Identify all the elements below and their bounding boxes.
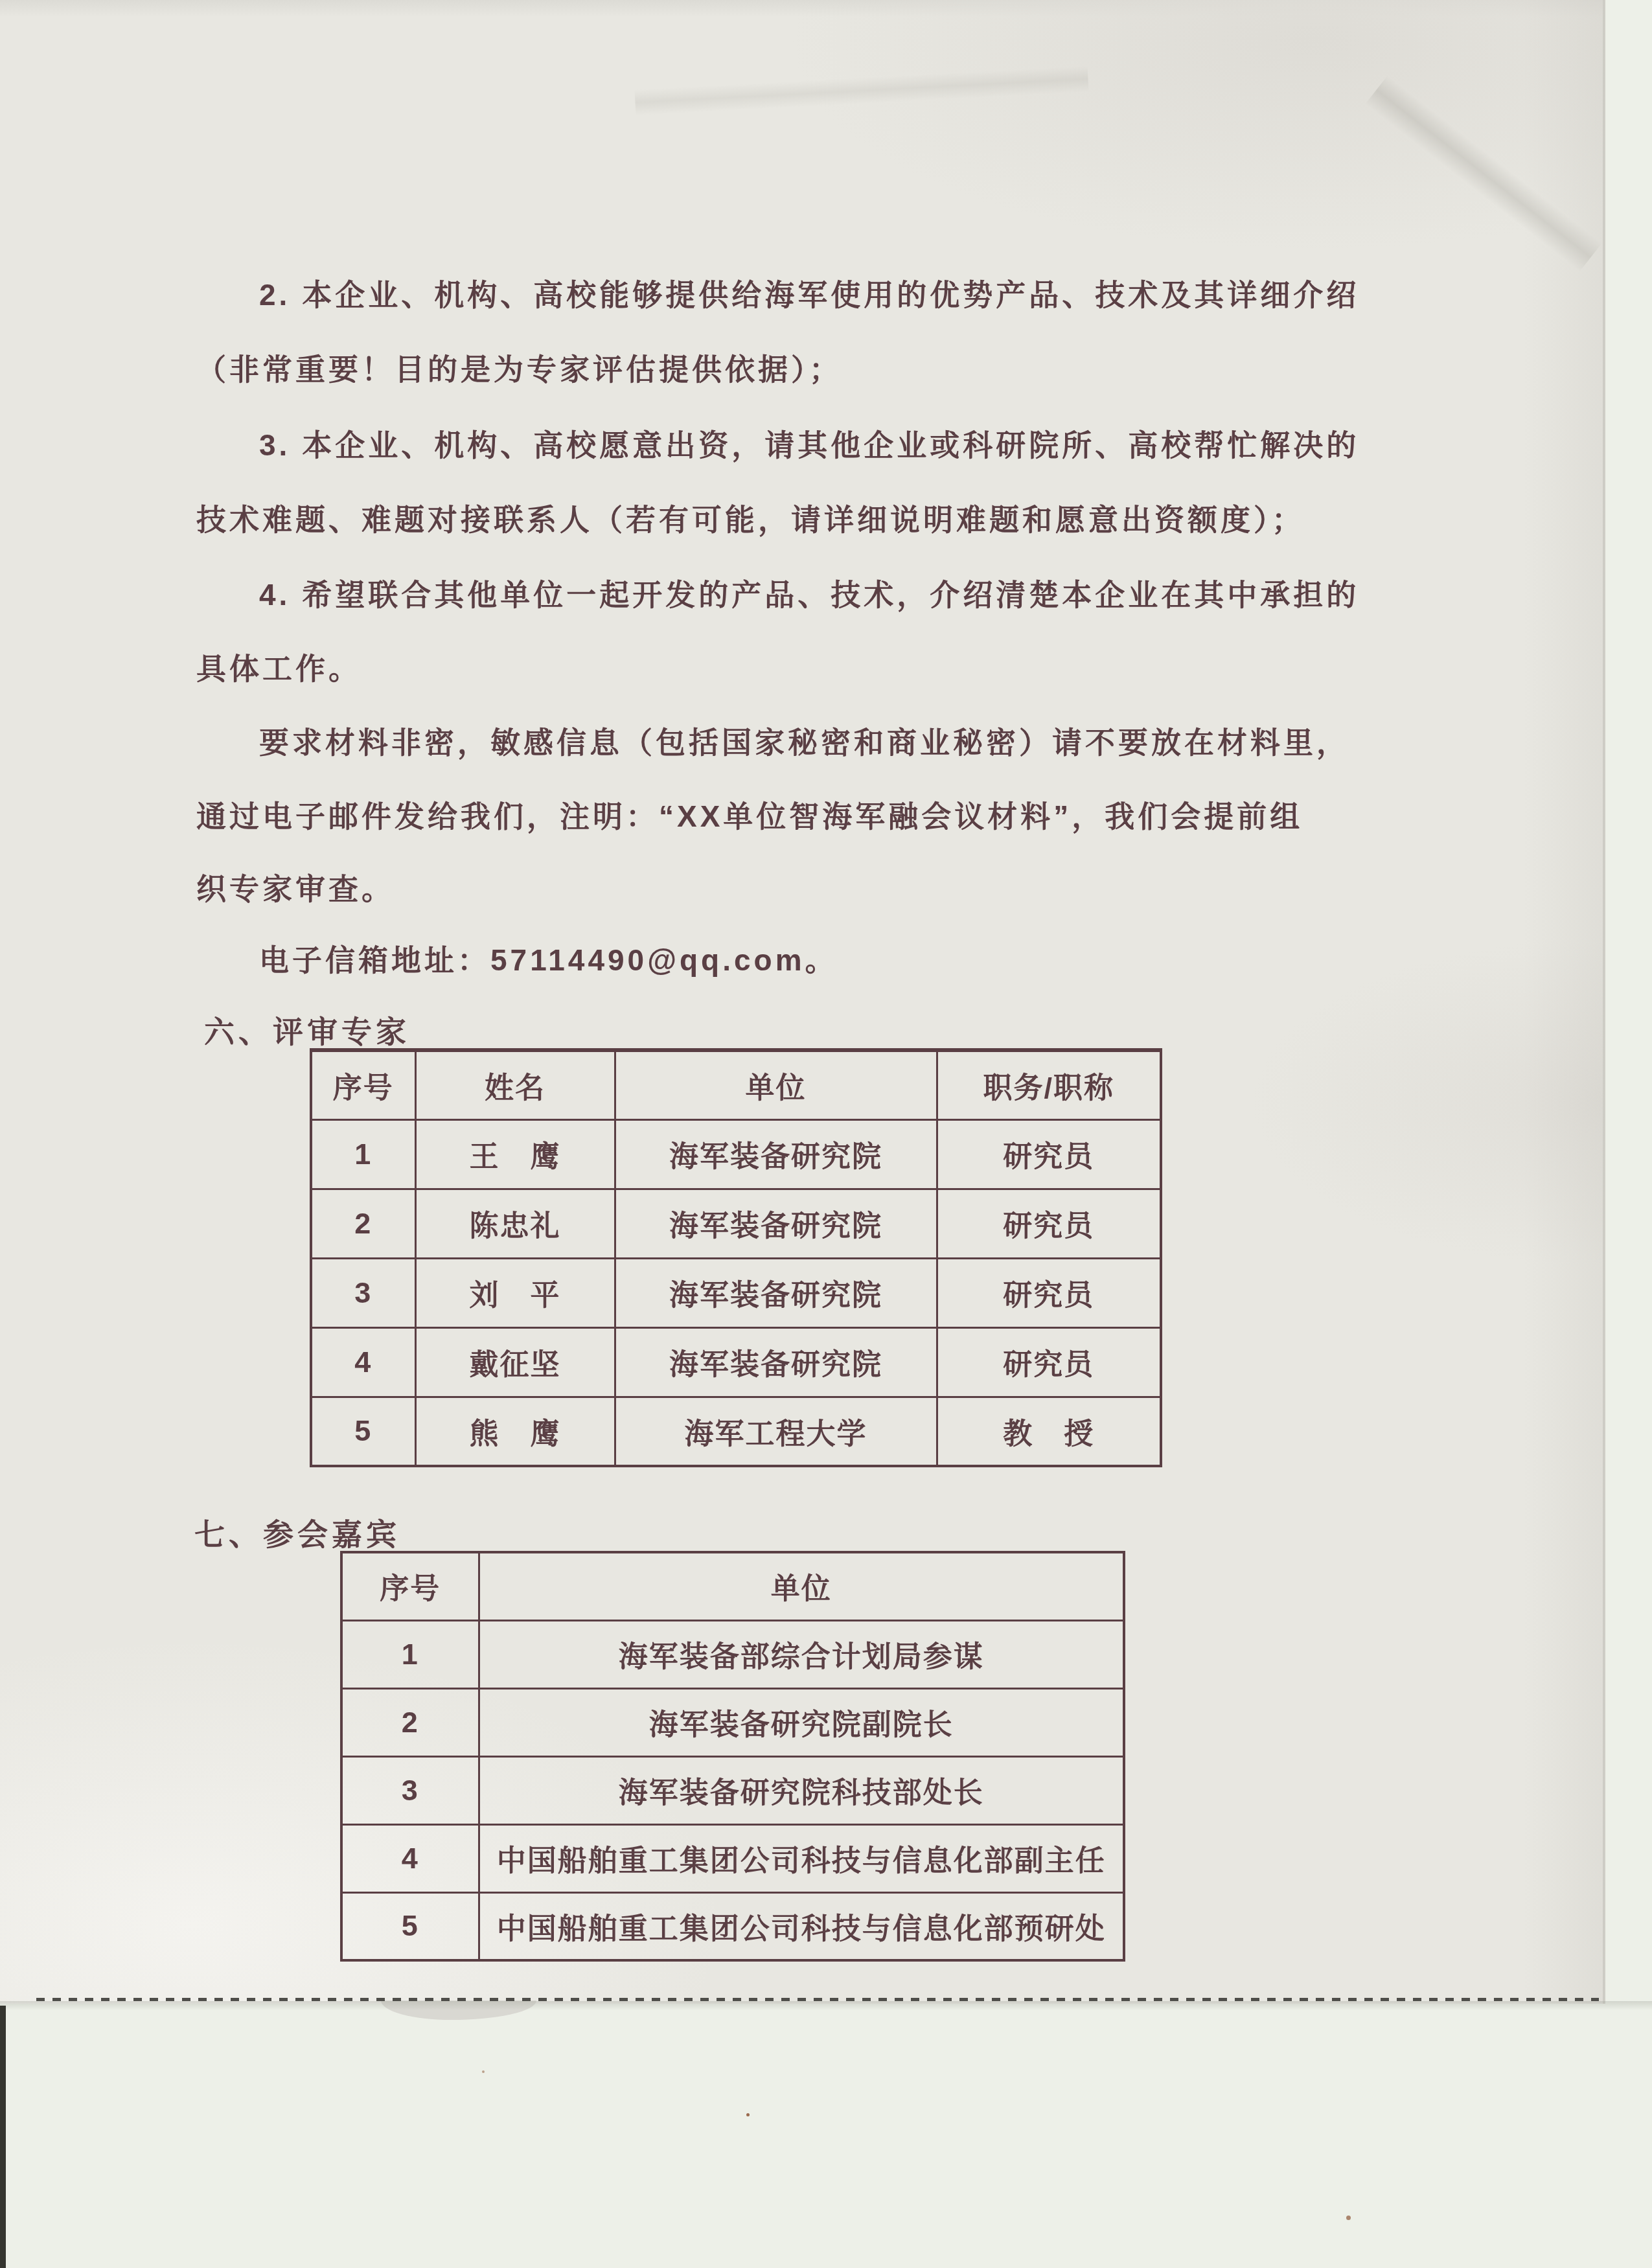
col-header: 序号 [311,1050,415,1119]
cell-unit: 海军装备研究院 [615,1189,937,1258]
body-text-line: 技术难题、难题对接联系人（若有可能，请详细说明难题和愿意出资额度）； [196,501,1305,538]
cell-unit: 中国船舶重工集团公司科技与信息化部预研处 [479,1892,1124,1960]
under-sheet-left-edge [0,2006,6,2268]
table-row: 1 王 鹰 海军装备研究院 研究员 [311,1119,1161,1189]
scanned-page: 2. 本企业、机构、高校能够提供给海军使用的优势产品、技术及其详细介绍 （非常重… [0,0,1605,2004]
cell-unit: 中国船舶重工集团公司科技与信息化部副主任 [479,1824,1124,1892]
col-header: 序号 [341,1552,479,1620]
section-heading-guests: 七、参会嘉宾 [194,1511,400,1554]
guests-table: 序号 单位 1 海军装备部综合计划局参谋 2 海军装备研究院副院长 3 海军装备… [340,1551,1125,1962]
body-text-line: 通过电子邮件发给我们，注明：“XX单位智海军融会议材料”，我们会提前组 [196,797,1303,835]
cell-index: 4 [341,1824,479,1892]
cell-unit: 海军装备研究院科技部处长 [479,1756,1124,1824]
cell-index: 1 [341,1620,479,1688]
paper-crease [634,66,1088,116]
cell-title: 研究员 [937,1189,1161,1258]
body-text-line: 2. 本企业、机构、高校能够提供给海军使用的优势产品、技术及其详细介绍 [259,276,1359,314]
paper-crease [1522,0,1604,2004]
cell-unit: 海军工程大学 [615,1397,937,1466]
cell-title: 教 授 [937,1397,1161,1466]
paper-speck [746,2113,750,2116]
cell-name: 戴征坚 [415,1327,615,1397]
table-header-row: 序号 单位 [341,1552,1124,1620]
cell-title: 研究员 [937,1327,1161,1397]
perforation-dashed-line [36,1998,1599,2001]
cell-index: 1 [311,1119,415,1189]
cell-unit: 海军装备研究院 [615,1327,937,1397]
paper-crease [1365,76,1601,272]
cell-unit: 海军装备研究院副院长 [479,1688,1124,1756]
cell-index: 2 [311,1189,415,1258]
table-row: 3 海军装备研究院科技部处长 [341,1756,1124,1824]
body-text-line: 3. 本企业、机构、高校愿意出资，请其他企业或科研院所、高校帮忙解决的 [259,426,1359,464]
cell-name: 王 鹰 [415,1119,615,1189]
scan-canvas: 2. 本企业、机构、高校能够提供给海军使用的优势产品、技术及其详细介绍 （非常重… [0,0,1652,2268]
cell-unit: 海军装备部综合计划局参谋 [479,1620,1124,1688]
table-row: 4 戴征坚 海军装备研究院 研究员 [311,1327,1161,1397]
body-text-line: 4. 希望联合其他单位一起开发的产品、技术，介绍清楚本企业在其中承担的 [259,576,1359,613]
cell-index: 3 [311,1258,415,1327]
cell-index: 5 [311,1397,415,1466]
section-heading-experts: 六、评审专家 [204,1008,410,1051]
table-row: 1 海军装备部综合计划局参谋 [341,1620,1124,1688]
table-row: 3 刘 平 海军装备研究院 研究员 [311,1258,1161,1327]
table-row: 5 熊 鹰 海军工程大学 教 授 [311,1397,1161,1466]
cell-name: 熊 鹰 [415,1397,615,1466]
cell-title: 研究员 [937,1258,1161,1327]
cell-title: 研究员 [937,1119,1161,1189]
table-row: 5 中国船舶重工集团公司科技与信息化部预研处 [341,1892,1124,1960]
col-header: 姓名 [415,1050,615,1119]
cell-index: 4 [311,1327,415,1397]
paper-speck [1346,2216,1351,2220]
table-row: 4 中国船舶重工集团公司科技与信息化部副主任 [341,1824,1124,1892]
email-address-line: 电子信箱地址：57114490@qq.com。 [259,941,838,979]
table-row: 2 陈忠礼 海军装备研究院 研究员 [311,1189,1161,1258]
body-text-line: 具体工作。 [196,650,361,687]
body-text-line: 织专家审查。 [196,870,395,908]
body-text-line: 要求材料非密，敏感信息（包括国家秘密和商业秘密）请不要放在材料里， [259,724,1349,761]
cell-index: 5 [341,1892,479,1960]
cell-unit: 海军装备研究院 [615,1119,937,1189]
cell-index: 3 [341,1756,479,1824]
cell-index: 2 [341,1688,479,1756]
table-header-row: 序号 姓名 单位 职务/职称 [311,1050,1161,1119]
table-row: 2 海军装备研究院副院长 [341,1688,1124,1756]
col-header: 单位 [615,1050,937,1119]
col-header: 单位 [479,1552,1124,1620]
col-header: 职务/职称 [937,1050,1161,1119]
cell-name: 陈忠礼 [415,1189,615,1258]
cell-unit: 海军装备研究院 [615,1258,937,1327]
body-text-line: （非常重要！目的是为专家评估提供依据）； [196,350,842,388]
paper-speck [482,2070,485,2073]
under-sheet-shadow [0,2001,1652,2010]
experts-table: 序号 姓名 单位 职务/职称 1 王 鹰 海军装备研究院 研究员 2 陈忠礼 海… [310,1048,1162,1467]
cell-name: 刘 平 [415,1258,615,1327]
